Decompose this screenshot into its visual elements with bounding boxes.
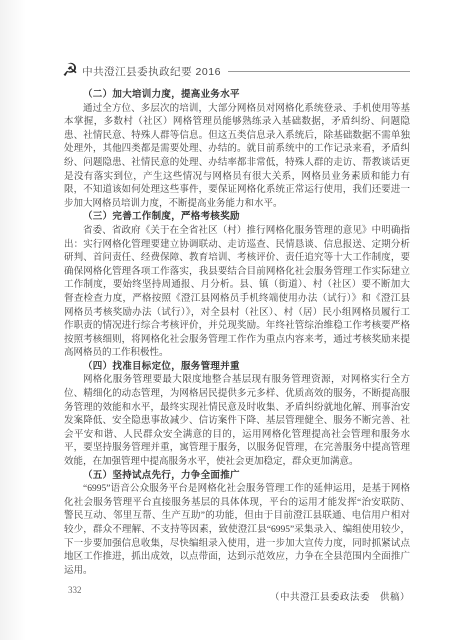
- section-paragraph: “6995”语音公众服务平台是网格化社会服务管理工作的延伸运用，是基于网格化社会…: [64, 483, 410, 578]
- section-heading-5: （五）坚持试点先行，力争全面推广: [64, 470, 410, 484]
- section-paragraph: 通过全方位、多层次的培训，大部分网格员对网格化系统登录、手机使用等基本掌握，多数…: [64, 103, 410, 212]
- header-title: 中共澄江县委执政纪要 2016: [82, 64, 221, 79]
- section-heading-3: （三）完善工作制度，严格考核奖励: [64, 211, 410, 225]
- page-number: 332: [68, 585, 82, 595]
- section-heading-2: （二）加大培训力度，提高业务水平: [64, 89, 410, 103]
- document-page: ☭ 中共澄江县委执政纪要 2016 （二）加大培训力度，提高业务水平 通过全方位…: [0, 0, 468, 640]
- attribution-line: （中共澄江县委政法委 供稿）: [64, 592, 410, 606]
- page-header: ☭ 中共澄江县委执政纪要 2016: [62, 60, 410, 82]
- section-heading-4: （四）找准目标定位，服务管理并重: [64, 361, 410, 375]
- header-rule-line: [228, 71, 410, 72]
- section-paragraph: 省委、省政府《关于在全省社区（村）推行网格化服务管理的意见》中明确指出：实行网格…: [64, 225, 410, 361]
- section-paragraph: 网格化服务管理要最大限度地整合基层现有服务管理资源，对网格实行全方位、精细化的动…: [64, 374, 410, 469]
- party-emblem-icon: ☭: [62, 61, 78, 79]
- document-body: （二）加大培训力度，提高业务水平 通过全方位、多层次的培训，大部分网格员对网格化…: [64, 89, 410, 606]
